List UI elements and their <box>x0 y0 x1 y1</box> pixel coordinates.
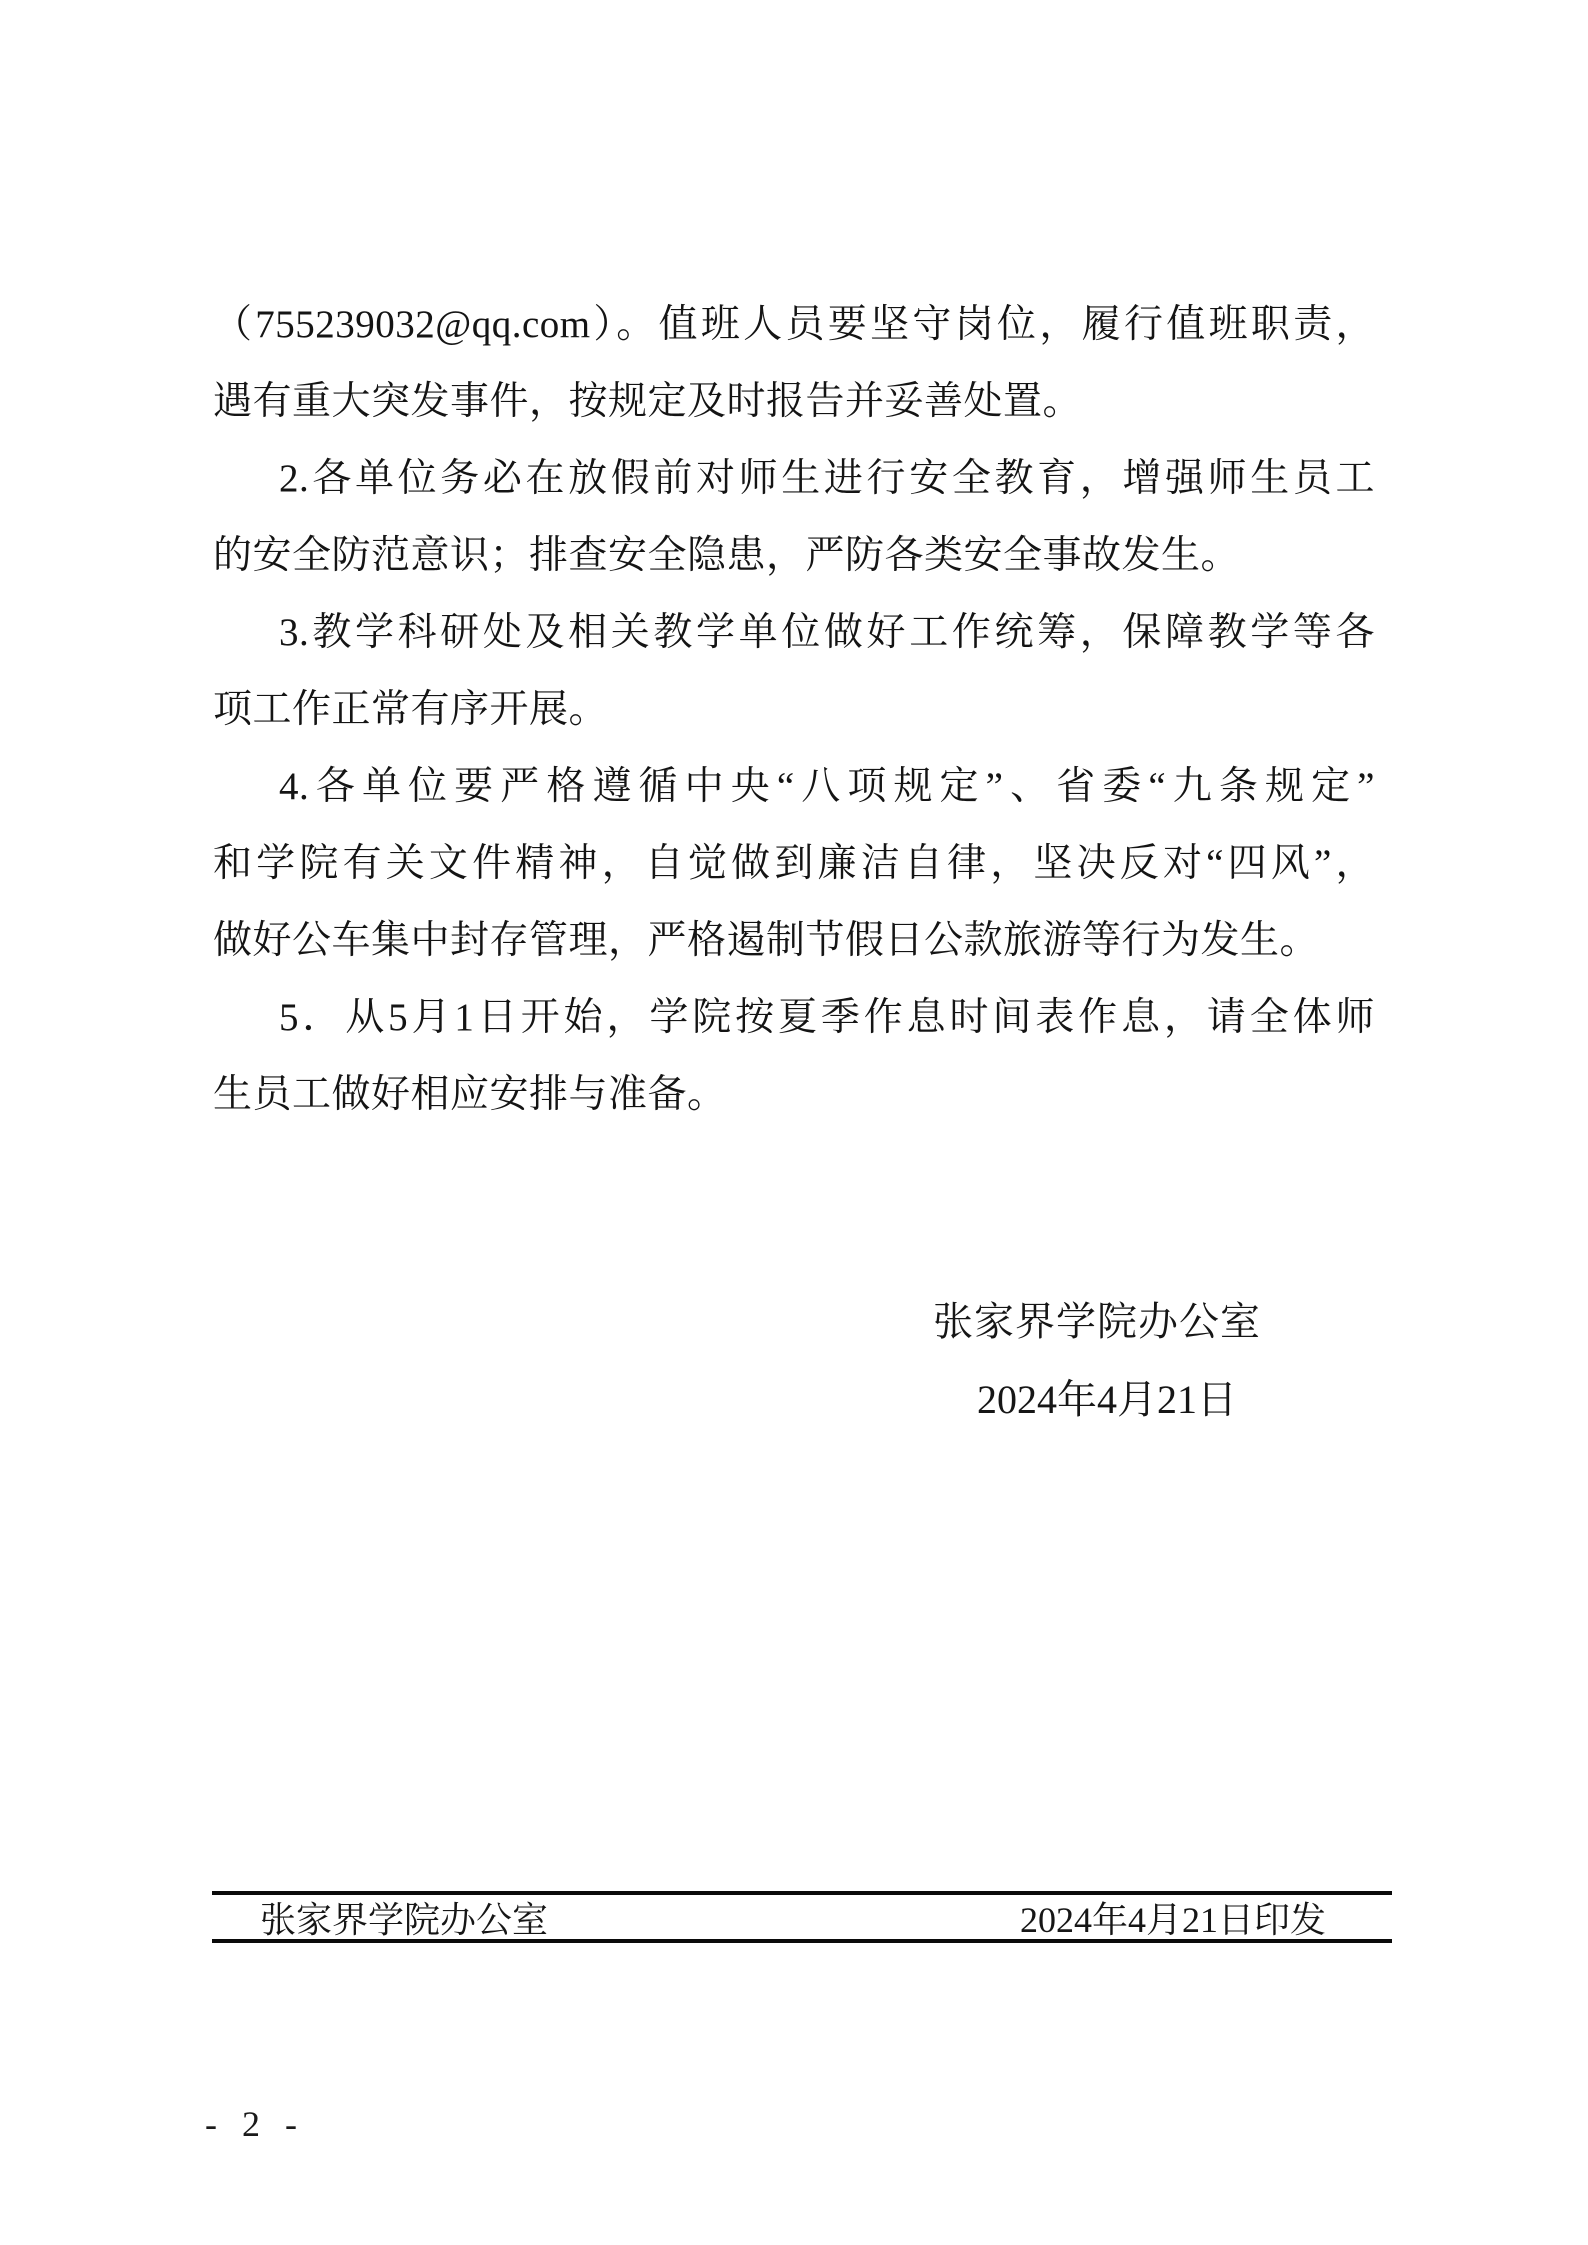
body-line: 生员工做好相应安排与准备。 <box>213 1056 1375 1133</box>
footer-row: 张家界学院办公室 2024年4月21日印发 <box>212 1895 1392 1939</box>
page-background: （755239032@qq.com）。值班人员要坚守岗位，履行值班职责，遇有重大… <box>0 0 1588 2245</box>
footer-print-date: 2024年4月21日印发 <box>1020 1892 1326 1943</box>
document-page: { "body": { "paragraphs": [ { "indent": … <box>0 0 1588 2245</box>
body-line: 2.各单位务必在放假前对师生进行安全教育，增强师生员工 <box>213 440 1375 517</box>
document-body: （755239032@qq.com）。值班人员要坚守岗位，履行值班职责，遇有重大… <box>213 286 1375 1133</box>
body-line: 5．从5月1日开始，学院按夏季作息时间表作息，请全体师 <box>213 979 1375 1056</box>
signature-org: 张家界学院办公室 <box>933 1296 1261 1348</box>
page-number: - 2 - <box>205 2103 305 2145</box>
body-line: 3.教学科研处及相关教学单位做好工作统筹，保障教学等各 <box>213 594 1375 671</box>
footer-colophon: 张家界学院办公室 2024年4月21日印发 <box>212 1891 1392 1943</box>
signature-date: 2024年4月21日 <box>977 1374 1237 1426</box>
body-line: 做好公车集中封存管理，严格遏制节假日公款旅游等行为发生。 <box>213 902 1375 979</box>
body-line: 和学院有关文件精神，自觉做到廉洁自律，坚决反对“四风”， <box>213 825 1375 902</box>
body-line: 4.各单位要严格遵循中央“八项规定”、省委“九条规定” <box>213 748 1375 825</box>
body-line: （755239032@qq.com）。值班人员要坚守岗位，履行值班职责， <box>213 286 1375 363</box>
body-line: 的安全防范意识；排查安全隐患，严防各类安全事故发生。 <box>213 517 1375 594</box>
body-line: 遇有重大突发事件，按规定及时报告并妥善处置。 <box>213 363 1375 440</box>
footer-issuer: 张家界学院办公室 <box>260 1892 548 1943</box>
body-line: 项工作正常有序开展。 <box>213 671 1375 748</box>
